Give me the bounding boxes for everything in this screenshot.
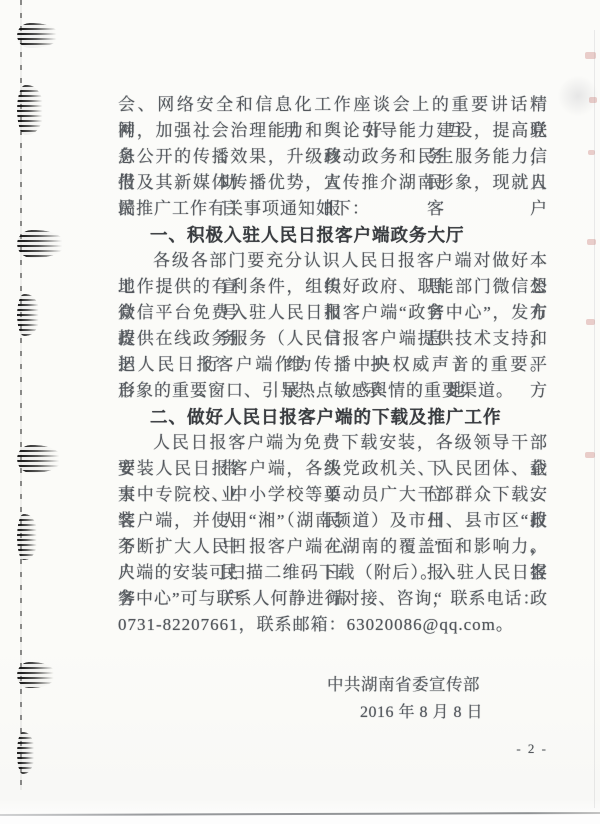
binding-smudge-artifact — [17, 23, 59, 48]
binding-smudge-artifact — [17, 445, 62, 473]
binding-smudge-artifact — [17, 514, 38, 560]
section1-heading: 一、积极入驻人民日报客户端政务大厅 — [118, 222, 548, 248]
scanned-document-page: 会、网络安全和信息化工作座谈会上的重要讲话精神，用好互联 网，加强社会治理能力和… — [0, 0, 600, 824]
section1-line-6: 形象的重要窗口、引导热点敏感舆情的重要渠道。 — [118, 378, 548, 404]
signature-date: 2016 年 8 月 8 日 — [360, 701, 483, 725]
intro-line-3: 息公开的传播效果，升级移动政务和民生服务能力，借助人民日 — [118, 144, 548, 170]
binding-smudge-artifact — [17, 662, 56, 688]
binding-smudge-artifact — [17, 230, 65, 258]
page-number: - 2 - — [516, 740, 548, 758]
document-body: 会、网络安全和信息化工作座谈会上的重要讲话精神，用好互联 网，加强社会治理能力和… — [118, 92, 548, 638]
binding-smudge-artifact — [17, 85, 44, 135]
page-right-edge — [594, 30, 595, 808]
intro-line-1: 会、网络安全和信息化工作座谈会上的重要讲话精神，用好互联 — [118, 92, 548, 118]
signature-organization: 中共湖南省委宣传部 — [327, 672, 480, 698]
intro-line-4: 报及其新媒体传播优势，宣传推介湖南形象，现就人民日报客户 — [118, 170, 548, 196]
section2-line-3: 大中专院校、中小学校等要动员广大干部群众下载安装人民日报 — [118, 482, 548, 508]
section2-heading: 二、做好人民日报客户端的下载及推广工作 — [118, 404, 548, 430]
section2-line-5: 不断扩大人民日报客户端在湖南的覆盖面和影响力。人民日报客 — [118, 534, 548, 560]
section2-line-1: 人民日报客户端为免费下载安装，各级领导干部要带头下载 — [118, 430, 548, 456]
section1-line-3: 微信平台免费入驻人民日报客户端“政务中心”，发布政务信息， — [118, 300, 548, 326]
section1-line-1: 各级各部门要充分认识人民日报客户端对做好本地宣传思想 — [118, 248, 548, 274]
scan-background-strip — [0, 815, 600, 824]
section2-line-6: 户端的安装可扫描二维码下载（附后）。入驻人民日报客户端“政 — [118, 560, 548, 586]
red-edge-mark — [589, 97, 597, 103]
section2-line-8: 0731-82207661，联系邮箱：63020086@qq.com。 — [118, 612, 548, 638]
section1-line-5: 把人民日报客户端作为传播中央权威声音的重要平台、展示地方 — [118, 352, 548, 378]
section1-line-2: 工作提供的有利条件，组织好政府、职能部门微信公众号和官方 — [118, 274, 548, 300]
stamp-ghost-artifact — [558, 76, 598, 116]
section1-line-4: 提供在线政务服务（人民日报客户端提供技术支持和运行维护）。 — [118, 326, 548, 352]
binding-smudge-artifact — [17, 294, 40, 336]
binding-smudge-artifact — [17, 732, 35, 774]
section2-line-4: 客户端，并使用“湘”（湖南频道）及市州、县市区“政务中心”， — [118, 508, 548, 534]
intro-line-2: 网，加强社会治理能力和舆论引导能力建设，提高党务、政务信 — [118, 118, 548, 144]
section2-line-2: 安装人民日报客户端，各级党政机关、人民团体、企事业单位、 — [118, 456, 548, 482]
section2-line-7: 务中心”可与联系人何静进行对接、咨询，联系电话： — [118, 586, 548, 612]
